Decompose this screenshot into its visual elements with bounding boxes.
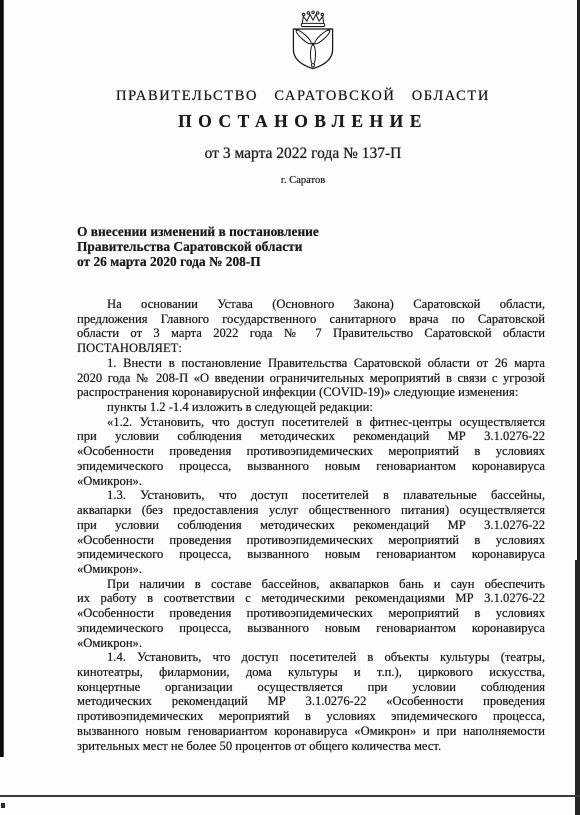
paragraph-line: ПОСТАНОВЛЯЕТ: [77, 341, 545, 356]
paragraph-line: эпидемического процесса, вызванного новы… [77, 459, 545, 474]
paragraph: 1.3. Установить, что доступ посетителей … [77, 488, 545, 576]
paragraph-line: При наличии в составе бассейнов, аквапар… [77, 577, 545, 592]
document-body: На основании Устава (Основного Закона) С… [77, 297, 545, 753]
organization-name: ПРАВИТЕЛЬСТВО САРАТОВСКОЙ ОБЛАСТИ [20, 88, 580, 105]
scanned-decree-page: ПРАВИТЕЛЬСТВО САРАТОВСКОЙ ОБЛАСТИ ПОСТАН… [0, 0, 580, 815]
paragraph-line: их работу в соответствии с методическими… [77, 591, 545, 606]
paragraph-line: «Омикрон». [77, 636, 545, 651]
paragraph-line: 2020 года № 208-П «О введении ограничите… [77, 371, 545, 386]
paragraph-line: «Омикрон». [77, 474, 545, 489]
document-title-line: Правительства Саратовской области [77, 239, 437, 254]
paragraph-line: области от 3 марта 2022 года № 7 Правите… [77, 326, 545, 341]
paragraph-line: На основании Устава (Основного Закона) С… [77, 297, 545, 312]
paragraph: 1.4. Установить, что доступ посетителей … [77, 650, 545, 753]
paragraph: 1. Внести в постановление Правительства … [77, 356, 545, 400]
scan-line-bottom [0, 795, 580, 797]
paragraph-line: эпидемического процесса, вызванного новы… [77, 621, 545, 636]
paragraph-line: концертные организации осуществляется пр… [77, 680, 545, 695]
document-type-heading: ПОСТАНОВЛЕНИЕ [20, 111, 580, 132]
scan-edge-right-lower [575, 560, 580, 815]
paragraph: пункты 1.2 -1.4 изложить в следующей ред… [77, 400, 545, 415]
paragraph-line: пункты 1.2 -1.4 изложить в следующей ред… [77, 400, 545, 415]
scan-edge-left [0, 0, 4, 757]
paragraph-line: вызванного новым геновариантом коронавир… [77, 724, 545, 739]
paragraph-line: распространения коронавирусной инфекции … [77, 385, 545, 400]
paragraph-line: противоэпидемических мероприятий в услов… [77, 709, 545, 724]
paragraph-line: зрительных мест не более 50 процентов от… [77, 739, 545, 754]
paragraph-line: кинотеатры, филармонии, дома культуры и … [77, 665, 545, 680]
paragraph-line: при условии соблюдения методических реко… [77, 518, 545, 533]
paragraph: При наличии в составе бассейнов, аквапар… [77, 577, 545, 651]
paragraph-line: эпидемического процесса, вызванного новы… [77, 547, 545, 562]
paragraph: На основании Устава (Основного Закона) С… [77, 297, 545, 356]
scan-speck [1, 803, 5, 808]
paragraph-line: предложения Главного государственного са… [77, 312, 545, 327]
paragraph-line: «Омикрон». [77, 562, 545, 577]
paragraph-line: при условии соблюдения методических реко… [77, 429, 545, 444]
document-city: г. Саратов [20, 175, 580, 186]
paragraph-line: «Особенности проведения противоэпидемиче… [77, 606, 545, 621]
document-title-line: от 26 марта 2020 года № 208-П [77, 254, 437, 269]
paragraph-line: «1.2. Установить, что доступ посетителей… [77, 415, 545, 430]
paragraph-line: аквапарки (без предоставления услуг обще… [77, 503, 545, 518]
paragraph-line: методических рекомендаций МР 3.1.0276-22… [77, 694, 545, 709]
paragraph-line: «Особенности проведения противоэпидемиче… [77, 533, 545, 548]
document-date-number: от 3 марта 2022 года № 137-П [20, 145, 580, 163]
coat-of-arms-icon [285, 9, 341, 77]
paragraph: «1.2. Установить, что доступ посетителей… [77, 415, 545, 489]
paragraph-line: «Особенности проведения противоэпидемиче… [77, 444, 545, 459]
paragraph-line: 1. Внести в постановление Правительства … [77, 356, 545, 371]
document-title-line: О внесении изменений в постановление [77, 224, 437, 239]
document-title: О внесении изменений в постановление Пра… [77, 224, 437, 270]
paragraph-line: 1.4. Установить, что доступ посетителей … [77, 650, 545, 665]
paragraph-line: 1.3. Установить, что доступ посетителей … [77, 488, 545, 503]
